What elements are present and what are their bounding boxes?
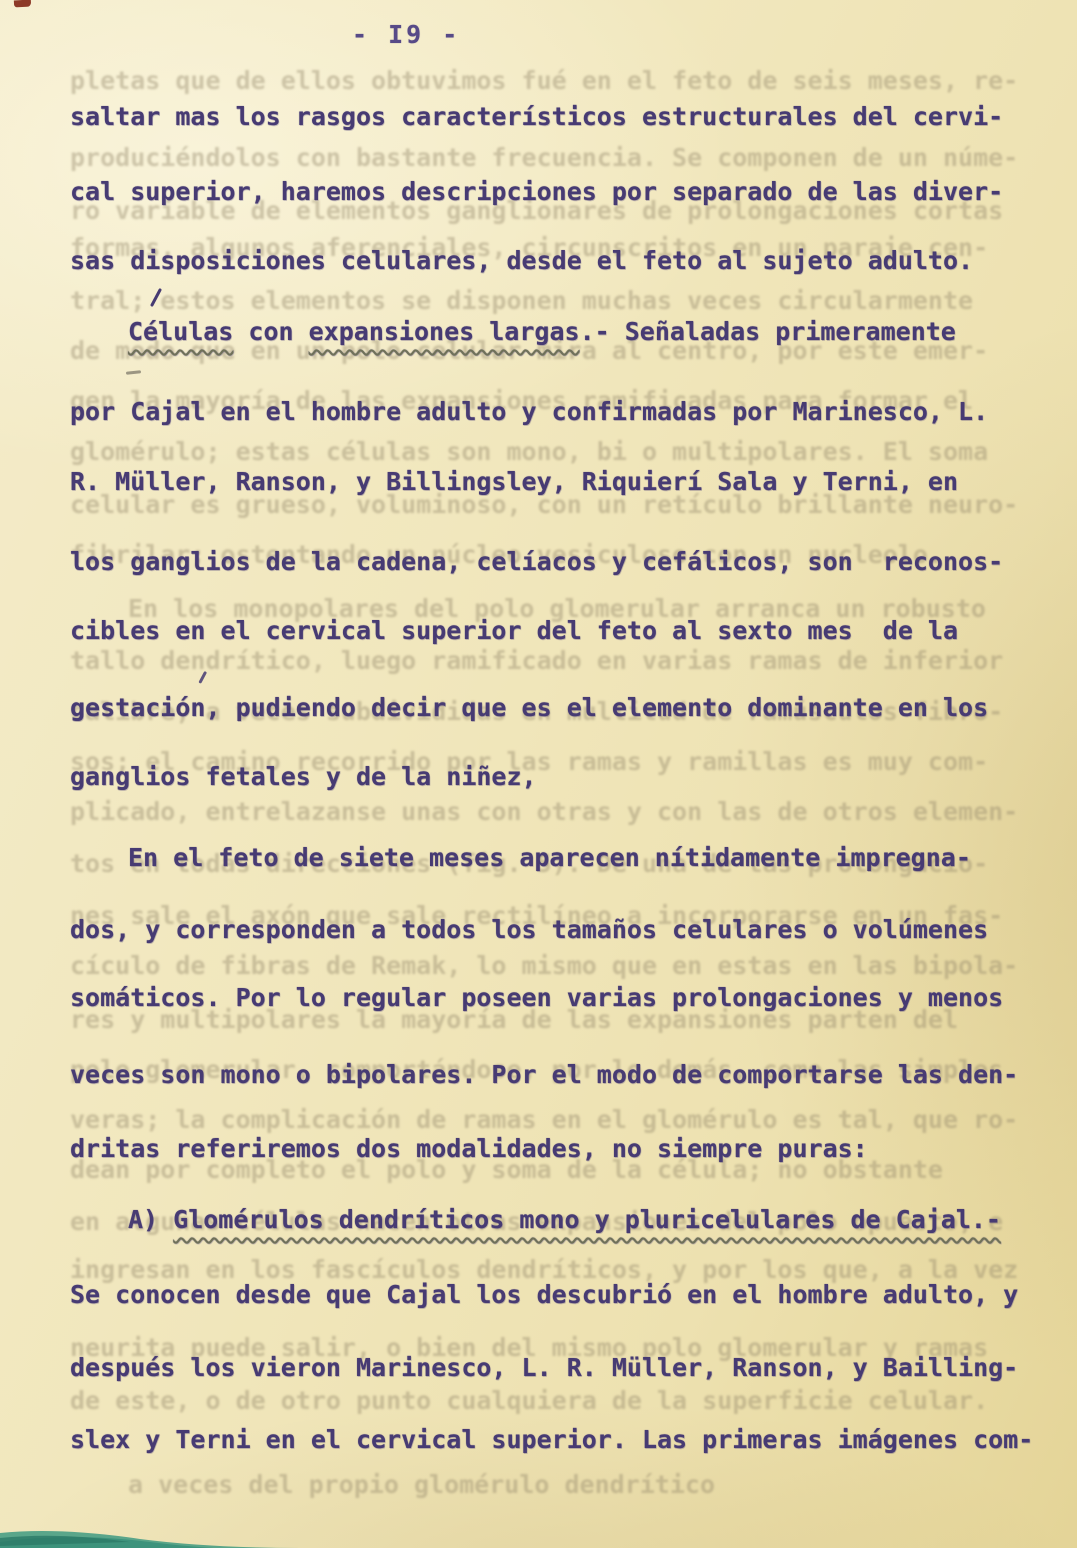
typed-line: gestación, pudiendo decir que es el elem… [70,693,988,722]
typed-line: cibles en el cervical superior del feto … [70,616,958,645]
typed-text: dos, y corresponden a todos los tamaños … [70,915,988,944]
typed-line: dritas referiremos dos modalidades, no s… [70,1134,868,1163]
typed-text: dritas referiremos dos modalidades, no s… [70,1134,868,1163]
typed-text: somáticos. Por lo regular poseen varias … [70,983,1003,1012]
pencil-underlined-text: Glomérulos dendríticos mono y pluricelul… [173,1205,1001,1234]
typed-line: sas disposiciones celulares, desde el fe… [70,246,973,275]
typed-text: ganglios fetales y de la niñez, [70,762,537,791]
typed-line: cal superior, haremos descripciones por … [70,177,1003,206]
typed-text: cibles en el cervical superior del feto … [70,616,958,645]
typed-line: saltar mas los rasgos característicos es… [70,102,1003,131]
typed-line: veces son mono o bipolares. Por el modo … [70,1060,1018,1089]
ghost-line: tallo dendrítico, luego ramificado en va… [70,646,1003,675]
typed-line: ganglios fetales y de la niñez, [70,762,537,791]
typed-text: cal superior, haremos descripciones por … [70,177,1003,206]
typed-text: los ganglios de la cadena, celíacos y ce… [70,547,1003,576]
typed-text: veces son mono o bipolares. Por el modo … [70,1060,1018,1089]
typed-text: En el feto de siete meses aparecen nítid… [128,843,971,872]
typed-line: los ganglios de la cadena, celíacos y ce… [70,547,1003,576]
typed-text: por Cajal en el hombre adulto y confirma… [70,397,988,426]
ghost-line: de este, o de otro punto cualquiera de l… [70,1386,988,1415]
typed-text: gestación, pudiendo decir que es el elem… [70,693,988,722]
ghost-line: a veces del propio glomérulo dendrítico [128,1470,715,1499]
typed-text: con [233,317,308,346]
pencil-underlined-text: Células [128,317,233,346]
typed-text: A) [128,1205,173,1234]
ghost-line: tral; estos elementos se disponen muchas… [70,286,973,315]
document-page: pletas que de ellos obtuvimos fué en el … [0,0,1077,1548]
pencil-underlined-text: expansiones largas [309,317,580,346]
typed-line: dos, y corresponden a todos los tamaños … [70,915,988,944]
typed-line: por Cajal en el hombre adulto y confirma… [70,397,988,426]
typed-text: slex y Terni en el cervical superior. La… [70,1425,1033,1454]
typed-line: Se conocen desde que Cajal los descubrió… [70,1280,1018,1309]
ghost-line: plicado, entrelazanse unas con otras y c… [70,797,1018,826]
ghost-line: cículo de fibras de Remak, lo mismo que … [70,951,1018,980]
typed-text: Se conocen desde que Cajal los descubrió… [70,1280,1018,1309]
typed-line: A) Glomérulos dendríticos mono y plurice… [128,1205,1001,1234]
ghost-line: pletas que de ellos obtuvimos fué en el … [70,66,1018,95]
teal-corner-underlay [0,1522,300,1548]
typed-text: R. Müller, Ranson, y Billingsley, Riquie… [70,467,958,496]
ghost-line: glomérulo; estas células son mono, bi o … [70,437,988,466]
page-number: - I9 - [352,20,460,49]
typed-text: sas disposiciones celulares, desde el fe… [70,246,973,275]
typed-line: después los vieron Marinesco, L. R. Müll… [70,1353,1018,1382]
ghost-line: veras; la complicación de ramas en el gl… [70,1105,1018,1134]
typed-line: En el feto de siete meses aparecen nítid… [128,843,971,872]
typed-line: R. Müller, Ranson, y Billingsley, Riquie… [70,467,958,496]
typed-line: Células con expansiones largas.- Señalad… [128,317,956,346]
red-ink-edge-mark [14,0,31,7]
ghost-line: produciéndolos con bastante frecuencia. … [70,143,1018,172]
typed-text: saltar mas los rasgos característicos es… [70,102,1003,131]
typed-line: slex y Terni en el cervical superior. La… [70,1425,1033,1454]
typed-text: .- Señaladas primeramente [580,317,956,346]
typed-text: después los vieron Marinesco, L. R. Müll… [70,1353,1018,1382]
typed-line: somáticos. Por lo regular poseen varias … [70,983,1003,1012]
